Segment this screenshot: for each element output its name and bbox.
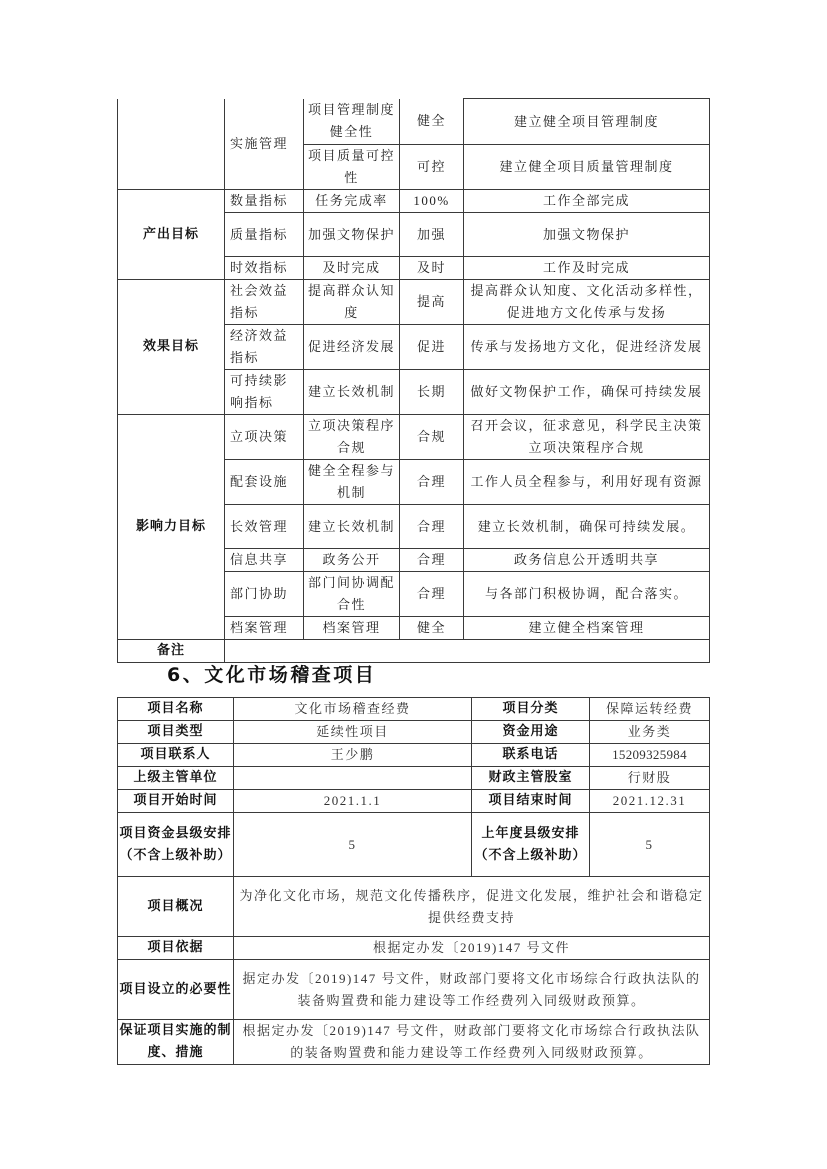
indicator-desc-cell: 提高群众认知度、文化活动多样性，促进地方文化传承与发扬: [464, 280, 710, 325]
table-row: 效果目标 社会效益指标 提高群众认知度 提高 提高群众认知度、文化活动多样性，促…: [118, 280, 710, 325]
indicator-l2-cell: 建立长效机制: [304, 370, 400, 415]
table-row: 保证项目实施的制度、措施 根据定办发〔2019)147 号文件，财政部门要将文化…: [118, 1020, 710, 1065]
indicator-l2-cell: 促进经济发展: [304, 325, 400, 370]
section-heading: 6、文化市场稽查项目: [167, 660, 376, 687]
project-type-value: 延续性项目: [234, 721, 472, 744]
indicator-l2-cell: 建立长效机制: [304, 505, 400, 549]
project-category-value: 保障运转经费: [590, 698, 710, 721]
supervisor-value: [234, 767, 472, 790]
table-row: 上级主管单位 财政主管股室 行财股: [118, 767, 710, 790]
indicator-l2-cell: 部门间协调配合性: [304, 572, 400, 617]
indicator-desc-cell: 工作人员全程参与，利用好现有资源: [464, 460, 710, 505]
fund-use-value: 业务类: [590, 721, 710, 744]
table-row: 项目联系人 王少鹏 联系电话 15209325984: [118, 744, 710, 767]
indicator-l2-cell: 立项决策程序合规: [304, 415, 400, 460]
table-row: 项目概况 为净化文化市场，规范文化传播秩序，促进文化发展，维护社会和谐稳定提供经…: [118, 877, 710, 937]
measures-value: 根据定办发〔2019)147 号文件，财政部门要将文化市场综合行政执法队的装备购…: [234, 1020, 710, 1065]
indicator-l1-cell: 配套设施: [225, 460, 304, 505]
indicator-l1-cell: 档案管理: [225, 617, 304, 640]
table-row: 项目名称 文化市场稽查经费 项目分类 保障运转经费: [118, 698, 710, 721]
contact-label: 项目联系人: [118, 744, 234, 767]
start-time-value: 2021.1.1: [234, 790, 472, 813]
indicator-value-cell: 合理: [400, 572, 464, 617]
indicator-value-cell: 合规: [400, 415, 464, 460]
end-time-label: 项目结束时间: [472, 790, 590, 813]
indicator-value-cell: 可控: [400, 145, 464, 190]
indicator-l1-cell: 实施管理: [225, 99, 304, 190]
necessity-label: 项目设立的必要性: [118, 960, 234, 1020]
phone-value: 15209325984: [590, 744, 710, 767]
indicator-l2-cell: 及时完成: [304, 257, 400, 280]
indicator-value-cell: 合理: [400, 505, 464, 549]
table-row: 产出目标 数量指标 任务完成率 100% 工作全部完成: [118, 190, 710, 213]
project-name-label: 项目名称: [118, 698, 234, 721]
table-row: 项目依据 根据定办发〔2019)147 号文件: [118, 937, 710, 960]
finance-dept-label: 财政主管股室: [472, 767, 590, 790]
indicator-desc-cell: 建立健全项目管理制度: [464, 99, 710, 145]
indicator-value-cell: 合理: [400, 549, 464, 572]
prev-year-funding-value: 5: [590, 813, 710, 877]
indicator-desc-cell: 政务信息公开透明共享: [464, 549, 710, 572]
basis-label: 项目依据: [118, 937, 234, 960]
indicator-l2-cell: 加强文物保护: [304, 213, 400, 257]
indicator-l1-cell: 信息共享: [225, 549, 304, 572]
county-funding-value: 5: [234, 813, 472, 877]
indicator-l2-cell: 政务公开: [304, 549, 400, 572]
indicator-l2-cell: 项目质量可控性: [304, 145, 400, 190]
indicator-value-cell: 合理: [400, 460, 464, 505]
measures-label: 保证项目实施的制度、措施: [118, 1020, 234, 1065]
project-info-table: 项目名称 文化市场稽查经费 项目分类 保障运转经费 项目类型 延续性项目 资金用…: [117, 697, 710, 1065]
indicator-value-cell: 健全: [400, 99, 464, 145]
phone-label: 联系电话: [472, 744, 590, 767]
contact-value: 王少鹏: [234, 744, 472, 767]
indicator-value-cell: 促进: [400, 325, 464, 370]
indicator-l2-cell: 健全全程参与机制: [304, 460, 400, 505]
indicator-l1-cell: 立项决策: [225, 415, 304, 460]
indicator-l2-cell: 提高群众认知度: [304, 280, 400, 325]
indicator-l1-cell: 时效指标: [225, 257, 304, 280]
indicator-value-cell: 提高: [400, 280, 464, 325]
basis-value: 根据定办发〔2019)147 号文件: [234, 937, 710, 960]
indicator-desc-cell: 召开会议，征求意见，科学民主决策立项决策程序合规: [464, 415, 710, 460]
indicator-desc-cell: 与各部门积极协调，配合落实。: [464, 572, 710, 617]
table-row: 项目开始时间 2021.1.1 项目结束时间 2021.12.31: [118, 790, 710, 813]
county-funding-label: 项目资金县级安排（不含上级补助）: [118, 813, 234, 877]
indicator-l2-cell: 档案管理: [304, 617, 400, 640]
table-row: 实施管理 项目管理制度健全性 健全 建立健全项目管理制度: [118, 99, 710, 145]
category-cell-effect: 效果目标: [118, 280, 225, 415]
indicator-value-cell: 长期: [400, 370, 464, 415]
indicator-desc-cell: 做好文物保护工作，确保可持续发展: [464, 370, 710, 415]
indicator-desc-cell: 工作及时完成: [464, 257, 710, 280]
project-category-label: 项目分类: [472, 698, 590, 721]
indicator-desc-cell: 工作全部完成: [464, 190, 710, 213]
indicator-value-cell: 加强: [400, 213, 464, 257]
performance-indicator-table: 实施管理 项目管理制度健全性 健全 建立健全项目管理制度 项目质量可控性 可控 …: [117, 98, 710, 663]
prev-year-funding-label: 上年度县级安排（不含上级补助）: [472, 813, 590, 877]
project-name-value: 文化市场稽查经费: [234, 698, 472, 721]
indicator-desc-cell: 建立健全档案管理: [464, 617, 710, 640]
end-time-value: 2021.12.31: [590, 790, 710, 813]
indicator-l1-cell: 部门协助: [225, 572, 304, 617]
table-row: 项目设立的必要性 据定办发〔2019)147 号文件，财政部门要将文化市场综合行…: [118, 960, 710, 1020]
indicator-l1-cell: 可持续影响指标: [225, 370, 304, 415]
table-row: 项目资金县级安排（不含上级补助） 5 上年度县级安排（不含上级补助） 5: [118, 813, 710, 877]
indicator-desc-cell: 加强文物保护: [464, 213, 710, 257]
indicator-desc-cell: 传承与发扬地方文化，促进经济发展: [464, 325, 710, 370]
start-time-label: 项目开始时间: [118, 790, 234, 813]
indicator-desc-cell: 建立健全项目质量管理制度: [464, 145, 710, 190]
indicator-value-cell: 100%: [400, 190, 464, 213]
fund-use-label: 资金用途: [472, 721, 590, 744]
indicator-l1-cell: 社会效益指标: [225, 280, 304, 325]
table-row: 项目类型 延续性项目 资金用途 业务类: [118, 721, 710, 744]
finance-dept-value: 行财股: [590, 767, 710, 790]
indicator-desc-cell: 建立长效机制，确保可持续发展。: [464, 505, 710, 549]
project-type-label: 项目类型: [118, 721, 234, 744]
indicator-l1-cell: 质量指标: [225, 213, 304, 257]
indicator-l2-cell: 项目管理制度健全性: [304, 99, 400, 145]
indicator-l1-cell: 长效管理: [225, 505, 304, 549]
indicator-value-cell: 健全: [400, 617, 464, 640]
indicator-l1-cell: 数量指标: [225, 190, 304, 213]
table-row: 影响力目标 立项决策 立项决策程序合规 合规 召开会议，征求意见，科学民主决策立…: [118, 415, 710, 460]
indicator-l2-cell: 任务完成率: [304, 190, 400, 213]
supervisor-label: 上级主管单位: [118, 767, 234, 790]
category-cell-impact: 影响力目标: [118, 415, 225, 640]
overview-label: 项目概况: [118, 877, 234, 937]
overview-value: 为净化文化市场，规范文化传播秩序，促进文化发展，维护社会和谐稳定提供经费支持: [234, 877, 710, 937]
indicator-value-cell: 及时: [400, 257, 464, 280]
necessity-value: 据定办发〔2019)147 号文件，财政部门要将文化市场综合行政执法队的装备购置…: [234, 960, 710, 1020]
category-cell-output: 产出目标: [118, 190, 225, 280]
indicator-l1-cell: 经济效益指标: [225, 325, 304, 370]
category-cell: [118, 99, 225, 190]
